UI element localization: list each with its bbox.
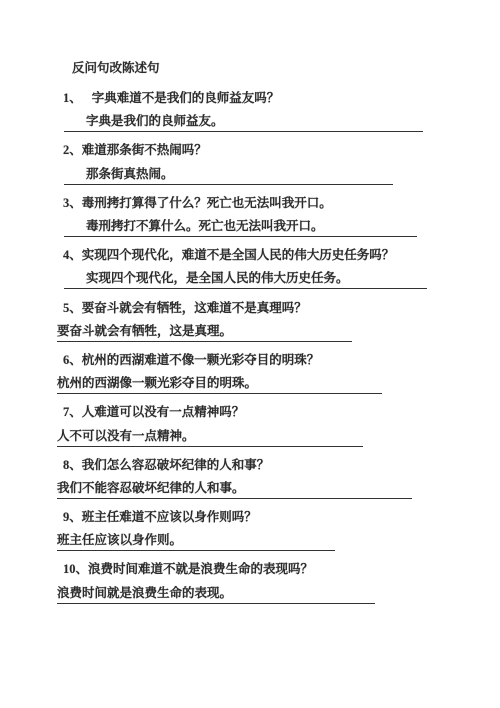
exercise-item: 3、 毒刑拷打算得了什么？死亡也无法叫我开口。 毒刑拷打不算什么。死亡也无法叫我… [63, 189, 500, 241]
answer-text: 实现四个现代化，是全国人民的伟大历史任务。 [64, 271, 427, 289]
question-number: 2、 [63, 140, 82, 158]
question-number: 1、 [63, 88, 82, 106]
question-text: 浪费时间难道不就是浪费生命的表现吗？ [88, 559, 313, 577]
exercise-item: 7、 人难道可以没有一点精神吗？ 人不可以没有一点精神。 [63, 398, 500, 450]
question-line: 8、 我们怎么容忍破坏纪律的人和事？ [63, 451, 500, 477]
answer-text: 我们不能容忍破坏纪律的人和事。 [57, 481, 412, 499]
answer-text: 杭州的西湖像一颗光彩夺目的明珠。 [57, 376, 382, 394]
exercise-item: 1、 字典难道不是我们的良师益友吗？ 字典是我们的良师益友。 [63, 84, 500, 136]
question-line: 1、 字典难道不是我们的良师益友吗？ [63, 84, 500, 110]
question-text: 实现四个现代化，难道不是全国人民的伟大历史任务吗？ [82, 245, 395, 263]
answer-text: 浪费时间就是浪费生命的表现。 [57, 586, 375, 604]
exercise-item: 9、 班主任难道不应该以身作则吗？ 班主任应该以身作则。 [63, 503, 500, 555]
question-line: 3、 毒刑拷打算得了什么？死亡也无法叫我开口。 [63, 189, 500, 215]
answer-line: 毒刑拷打不算什么。死亡也无法叫我开口。 [63, 215, 500, 241]
question-text: 班主任难道不应该以身作则吗？ [82, 507, 257, 525]
question-number: 5、 [63, 298, 82, 316]
answer-line: 字典是我们的良师益友。 [63, 110, 500, 136]
page-title: 反问句改陈述句 [72, 57, 500, 79]
answer-line: 人不可以没有一点精神。 [63, 424, 500, 450]
exercise-item: 5、 要奋斗就会有牺牲，这难道不是真理吗？ 要奋斗就会有牺牲，这是真理。 [63, 294, 500, 346]
question-line: 5、 要奋斗就会有牺牲，这难道不是真理吗？ [63, 294, 500, 320]
page: 反问句改陈述句 1、 字典难道不是我们的良师益友吗？ 字典是我们的良师益友。 2… [0, 0, 500, 708]
answer-line: 浪费时间就是浪费生命的表现。 [63, 582, 500, 608]
question-line: 6、 杭州的西湖难道不像一颗光彩夺目的明珠？ [63, 346, 500, 372]
question-line: 9、 班主任难道不应该以身作则吗？ [63, 503, 500, 529]
exercise-item: 4、 实现四个现代化，难道不是全国人民的伟大历史任务吗？ 实现四个现代化，是全国… [63, 241, 500, 293]
answer-text: 字典是我们的良师益友。 [64, 114, 423, 132]
question-number: 4、 [63, 245, 82, 263]
question-text: 要奋斗就会有牺牲，这难道不是真理吗？ [82, 298, 307, 316]
exercise-item: 2、 难道那条街不热闹吗？ 那条街真热闹。 [63, 136, 500, 188]
answer-line: 班主任应该以身作则。 [63, 529, 500, 555]
answer-text: 人不可以没有一点精神。 [57, 429, 363, 447]
question-number: 10、 [63, 559, 88, 577]
question-number: 8、 [63, 455, 82, 473]
exercise-item: 10、 浪费时间难道不就是浪费生命的表现吗？ 浪费时间就是浪费生命的表现。 [63, 555, 500, 607]
answer-text: 那条街真热闹。 [64, 167, 393, 185]
exercise-item: 8、 我们怎么容忍破坏纪律的人和事？ 我们不能容忍破坏纪律的人和事。 [63, 451, 500, 503]
question-text: 毒刑拷打算得了什么？死亡也无法叫我开口。 [82, 193, 332, 211]
answer-line: 杭州的西湖像一颗光彩夺目的明珠。 [63, 372, 500, 398]
answer-line: 要奋斗就会有牺牲，这是真理。 [63, 320, 500, 346]
question-number: 7、 [63, 402, 82, 420]
answer-line: 那条街真热闹。 [63, 163, 500, 189]
exercise-item: 6、 杭州的西湖难道不像一颗光彩夺目的明珠？ 杭州的西湖像一颗光彩夺目的明珠。 [63, 346, 500, 398]
question-line: 10、 浪费时间难道不就是浪费生命的表现吗？ [63, 555, 500, 581]
answer-text: 要奋斗就会有牺牲，这是真理。 [57, 324, 352, 342]
question-line: 4、 实现四个现代化，难道不是全国人民的伟大历史任务吗？ [63, 241, 500, 267]
question-text: 人难道可以没有一点精神吗？ [82, 402, 245, 420]
question-text: 难道那条街不热闹吗？ [82, 140, 207, 158]
question-text: 杭州的西湖难道不像一颗光彩夺目的明珠？ [82, 350, 320, 368]
question-number: 9、 [63, 507, 82, 525]
answer-line: 我们不能容忍破坏纪律的人和事。 [63, 477, 500, 503]
question-text: 字典难道不是我们的良师益友吗？ [92, 88, 280, 106]
question-line: 7、 人难道可以没有一点精神吗？ [63, 398, 500, 424]
answer-text: 毒刑拷打不算什么。死亡也无法叫我开口。 [64, 219, 417, 237]
answer-line: 实现四个现代化，是全国人民的伟大历史任务。 [63, 267, 500, 293]
question-line: 2、 难道那条街不热闹吗？ [63, 136, 500, 162]
question-text: 我们怎么容忍破坏纪律的人和事？ [82, 455, 270, 473]
question-number: 3、 [63, 193, 82, 211]
question-number: 6、 [63, 350, 82, 368]
exercise-list: 1、 字典难道不是我们的良师益友吗？ 字典是我们的良师益友。 2、 难道那条街不… [63, 84, 500, 608]
answer-text: 班主任应该以身作则。 [57, 533, 335, 551]
